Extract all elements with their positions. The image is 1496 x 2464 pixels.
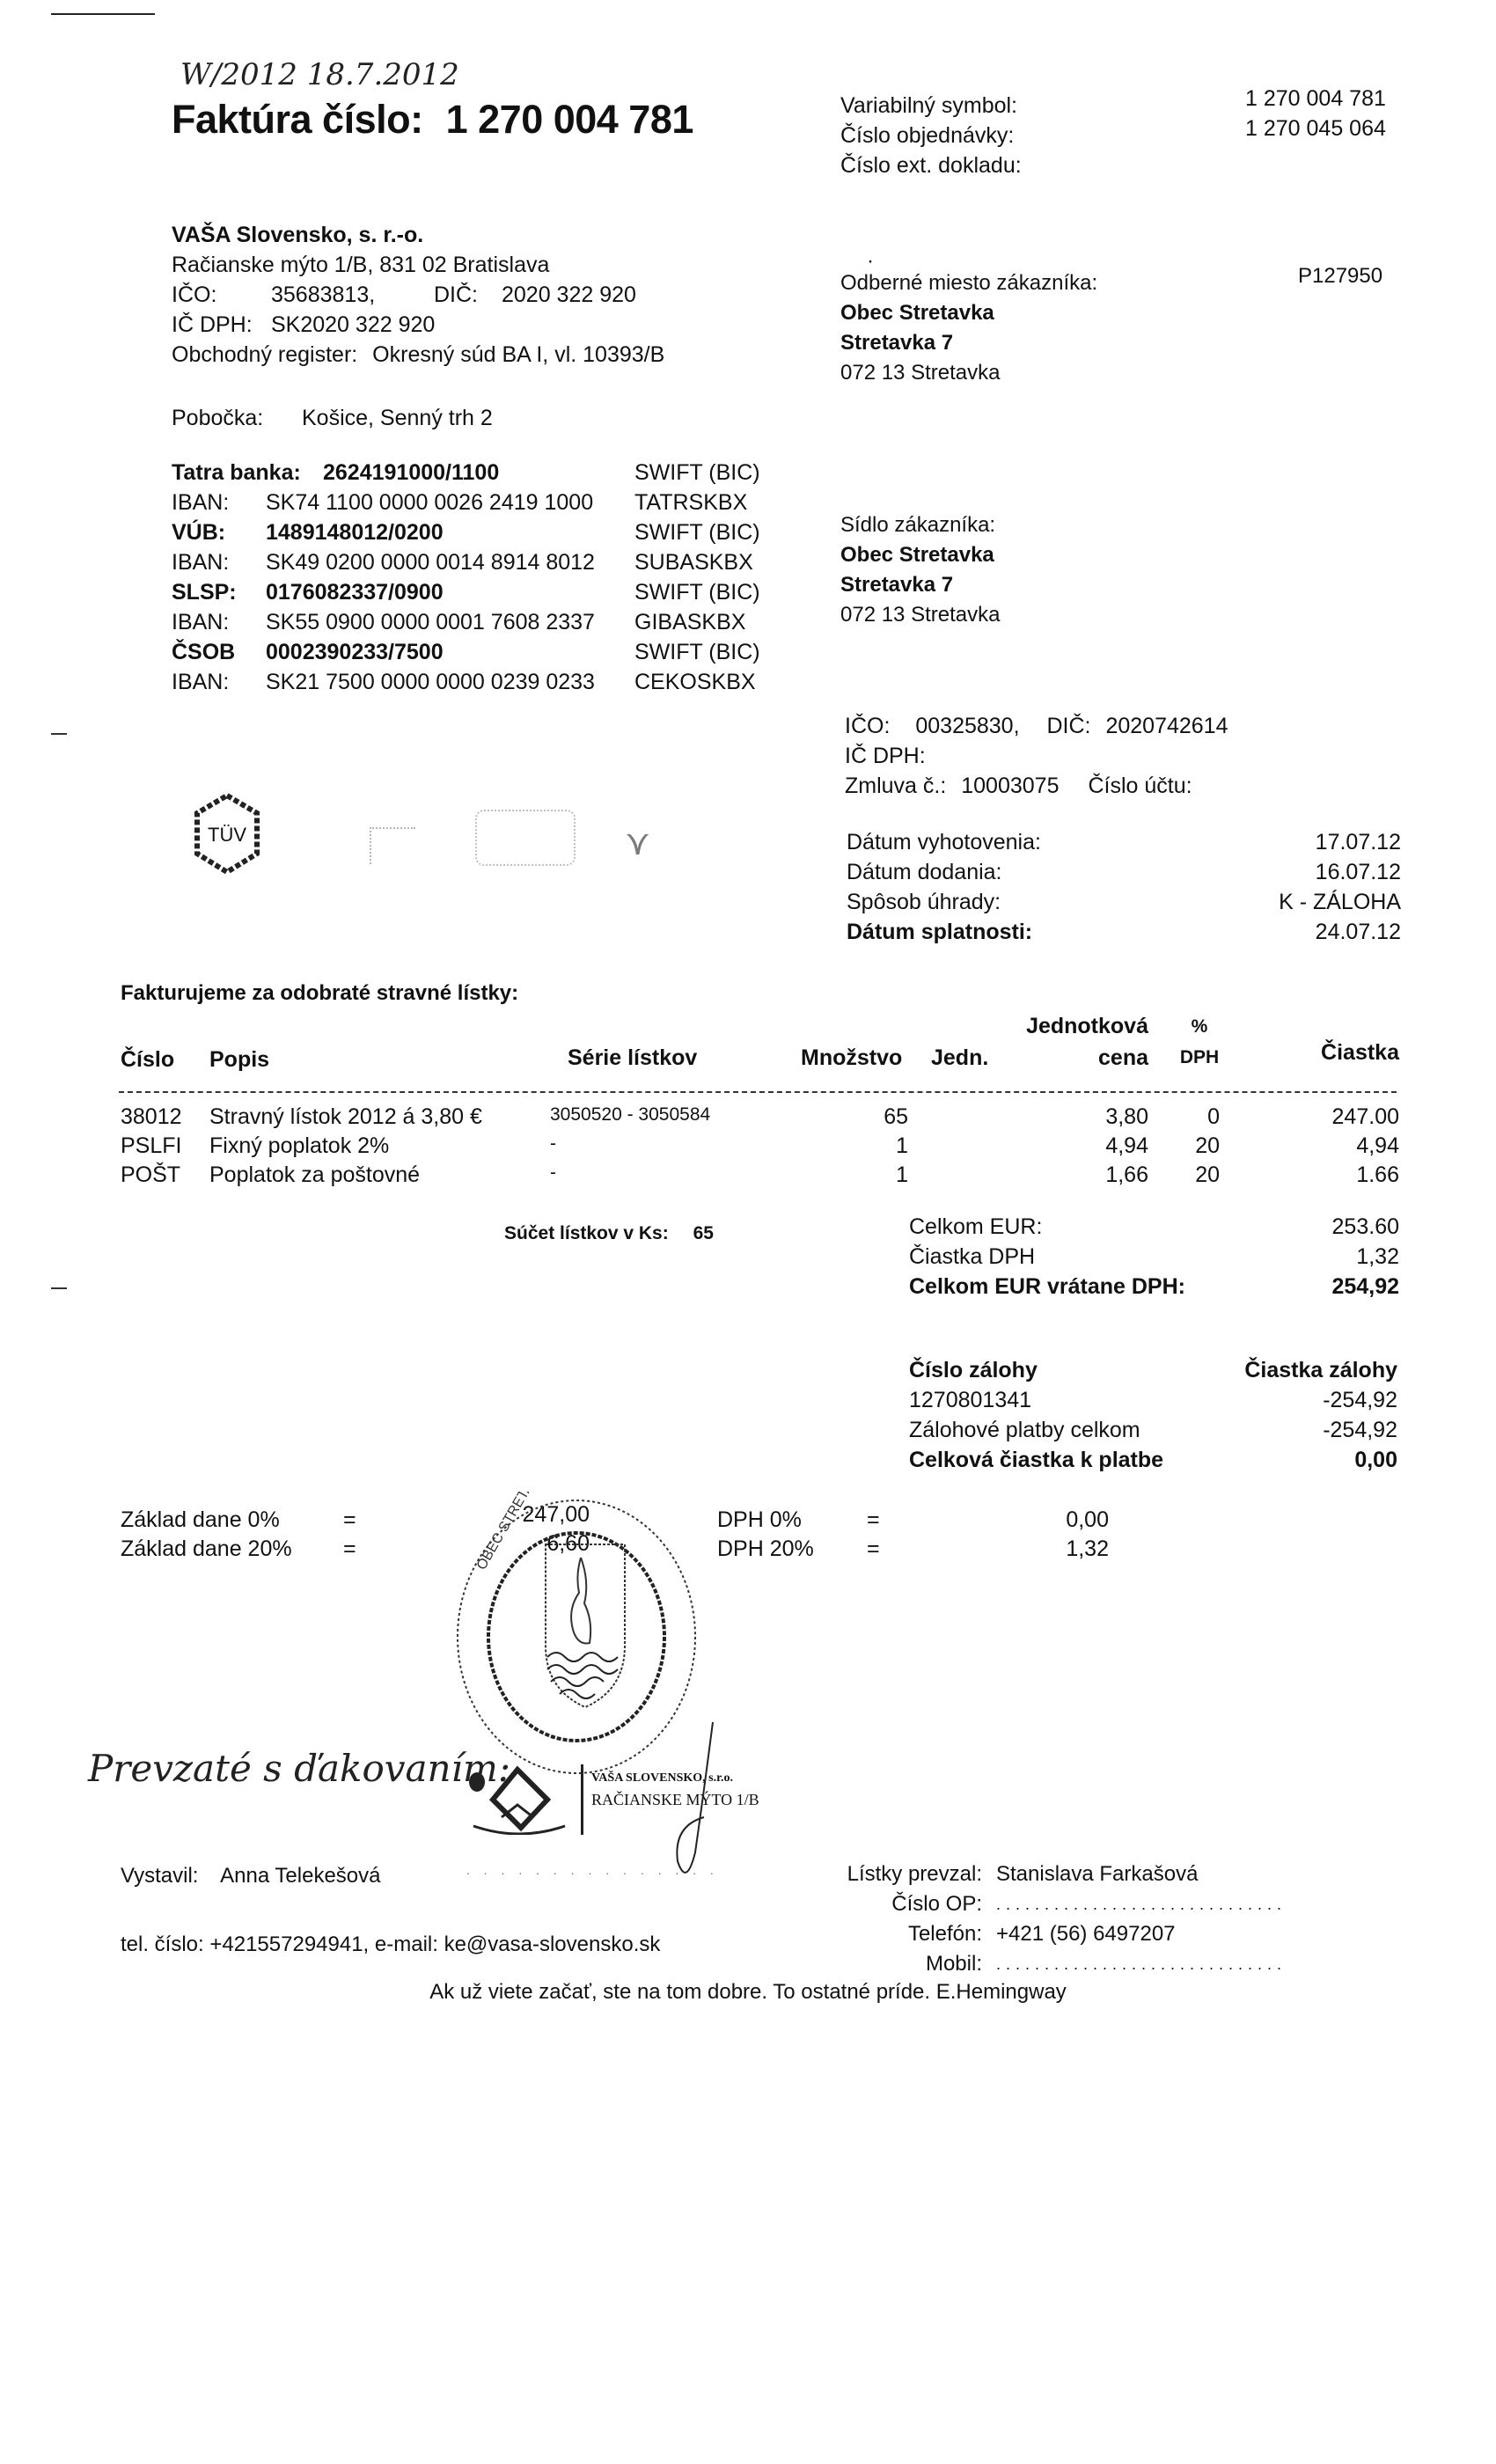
dates-block: Dátum vyhotovenia: 17.07.12 Dátum dodani… — [847, 827, 1401, 947]
supplier-register-label: Obchodný register: — [172, 342, 357, 367]
swift-label: SWIFT (BIC) — [634, 637, 760, 667]
item-unit-price: 4,94 — [1021, 1133, 1148, 1159]
col-mnozstvo: Množstvo — [801, 1045, 902, 1071]
item-description: Poplatok za poštovné — [209, 1162, 420, 1188]
item-description: Stravný lístok 2012 á 3,80 € — [209, 1104, 482, 1130]
delivery-street: Stretavka 7 — [840, 328, 1395, 358]
amount-due: 0,00 — [1354, 1445, 1397, 1475]
items-heading: Fakturujeme za odobraté stravné lístky: — [121, 981, 518, 1006]
iban-row: IBAN: SK49 0200 0000 0014 8914 8012 SUBA… — [172, 547, 805, 577]
delivery-label: Odberné miesto zákazníka: — [840, 271, 1097, 295]
delivery-city: 072 13 Stretavka — [840, 358, 1395, 388]
meta-label: Číslo ext. dokladu: — [840, 153, 1022, 178]
swift-code: CEKOSKBX — [634, 667, 756, 697]
mobile-row: Mobil: .............................. — [792, 1949, 1408, 1979]
customer-dic-label: DIČ: — [1047, 714, 1091, 738]
received-by-name: Stanislava Farkašová — [996, 1859, 1198, 1889]
issued-by-name: Anna Telekešová — [220, 1864, 380, 1888]
iban-row: IBAN: SK55 0900 0000 0001 7608 2337 GIBA… — [172, 607, 805, 637]
swift-label: SWIFT (BIC) — [634, 517, 760, 547]
supplier-register: Obchodný register: Okresný súd BA I, vl.… — [172, 340, 788, 370]
footer-quote: Ak už viete začať, ste na tom dobre. To … — [0, 1980, 1496, 2005]
date-row: Dátum vyhotovenia: 17.07.12 — [847, 827, 1401, 857]
bank-account: 2624191000/1100 — [323, 458, 499, 488]
col-vat-1: % — [1177, 1016, 1221, 1038]
iban-value: SK55 0900 0000 0001 7608 2337 — [266, 607, 595, 637]
scan-mark — [51, 733, 67, 735]
iban-value: SK74 1100 0000 0026 2419 1000 — [266, 488, 593, 517]
amount-due-row: Celková čiastka k platbe 0,00 — [909, 1445, 1397, 1475]
meta-label: Číslo objednávky: — [840, 123, 1014, 148]
iban-row: IBAN: SK21 7500 0000 0000 0239 0233 CEKO… — [172, 667, 805, 697]
supplier-ico: 35683813, — [271, 280, 375, 310]
item-unit-price: 1,66 — [1021, 1162, 1148, 1188]
col-ciastka: Čiastka — [1223, 1040, 1399, 1066]
scan-mark-line — [51, 13, 155, 15]
customer-ids: IČO: 00325830, DIČ: 2020742614 IČ DPH: Z… — [845, 711, 1228, 801]
item-quantity: 1 — [827, 1133, 908, 1159]
advance-amount-label: Čiastka zálohy — [1244, 1355, 1397, 1385]
iban-label: IBAN: — [172, 610, 229, 634]
invoice-title-label: Faktúra číslo: — [172, 97, 423, 142]
id-card-value: .............................. — [996, 1889, 1287, 1919]
meta-order-number: Číslo objednávky: 1 270 045 064 — [840, 121, 1386, 150]
supplier-icdph: IČ DPH: SK2020 322 920 — [172, 310, 788, 340]
swift-code: SUBASKBX — [634, 547, 753, 577]
date-row: Spôsob úhrady: K - ZÁLOHA — [847, 887, 1401, 917]
col-unit-price-2: cena — [959, 1045, 1148, 1071]
bank-row: SLSP: 0176082337/0900 SWIFT (BIC) — [172, 577, 805, 607]
bank-row: Tatra banka: 2624191000/1100 SWIFT (BIC) — [172, 458, 805, 488]
seat-street: Stretavka 7 — [840, 570, 1000, 600]
customer-ico-label: IČO: — [845, 714, 890, 738]
delivery-label-row: Odberné miesto zákazníka: P127950 — [840, 268, 1395, 298]
delivery-code: P127950 — [1298, 261, 1382, 291]
item-quantity: 1 — [827, 1162, 908, 1188]
bank-row: ČSOB 0002390233/7500 SWIFT (BIC) — [172, 637, 805, 667]
customer-ico: 00325830, — [915, 714, 1019, 738]
faded-logo-icon — [370, 827, 415, 864]
vat-value: 1,32 — [1012, 1536, 1109, 1562]
phone-value: +421 (56) 6497207 — [996, 1919, 1176, 1949]
iban-label: IBAN: — [172, 490, 229, 515]
handwritten-received-note: Prevzaté s ďakovaním: — [88, 1747, 510, 1790]
mobile-value: .............................. — [996, 1949, 1287, 1979]
swift-code: TATRSKBX — [634, 488, 747, 517]
advance-total-label: Zálohové platby celkom — [909, 1418, 1140, 1442]
total-label: Celkom EUR: — [909, 1214, 1042, 1239]
supplier-block: VAŠA Slovensko, s. r.-o. Račianske mýto … — [172, 220, 788, 433]
amount-due-label: Celková čiastka k platbe — [909, 1448, 1163, 1472]
meta-ext-document: Číslo ext. dokladu: — [840, 150, 1386, 180]
bank-account: 0002390233/7500 — [266, 637, 444, 667]
date-row: Dátum splatnosti: 24.07.12 — [847, 917, 1401, 947]
supplier-name: VAŠA Slovensko, s. r.-o. — [172, 220, 788, 250]
item-code: PSLFI — [121, 1133, 181, 1159]
item-amount: 4,94 — [1223, 1133, 1399, 1159]
customer-contract: Zmluva č.: 10003075 Číslo účtu: — [845, 771, 1228, 801]
advances-block: Číslo zálohy Čiastka zálohy 1270801341 -… — [909, 1355, 1397, 1475]
phone-label: Telefón: — [792, 1919, 982, 1949]
bank-name: SLSP: — [172, 580, 237, 605]
item-vat: 20 — [1162, 1133, 1220, 1159]
date-value: 16.07.12 — [1316, 857, 1401, 887]
signature-icon — [669, 1720, 730, 1896]
total-value: 1,32 — [1356, 1244, 1399, 1270]
supplier-dic: 2020 322 920 — [502, 280, 636, 310]
seat-name: Obec Stretavka — [840, 540, 1000, 570]
bank-name: ČSOB — [172, 640, 235, 664]
supplier-branch-label: Pobočka: — [172, 406, 263, 430]
item-vat: 20 — [1162, 1162, 1220, 1188]
advance-total-row: Zálohové platby celkom -254,92 — [909, 1415, 1397, 1445]
item-vat: 0 — [1162, 1104, 1220, 1130]
id-card-row: Číslo OP: .............................. — [792, 1889, 1408, 1919]
total-value: 253.60 — [1332, 1214, 1399, 1240]
received-by-label: Lístky prevzal: — [792, 1859, 982, 1889]
equals-sign: = — [867, 1507, 880, 1533]
company-stamp: VAŠA SLOVENSKO, s.r.o. RAČIANSKE MÝTO 1/… — [466, 1764, 572, 1841]
supplier-address: Račianske mýto 1/B, 831 02 Bratislava — [172, 250, 788, 280]
seat-city: 072 13 Stretavka — [840, 600, 1000, 630]
advance-number-label: Číslo zálohy — [909, 1358, 1038, 1382]
svg-text:OBEC STRETAVKA: OBEC STRETAVKA — [474, 1492, 550, 1573]
faded-bird-logo-icon: ⋎ — [625, 823, 650, 863]
ticket-sum: Súčet lístkov v Ks: 65 — [504, 1223, 714, 1244]
total-row: Čiastka DPH 1,32 — [909, 1244, 1399, 1270]
supplier-ico-label: IČO: — [172, 282, 216, 307]
received-by-row: Lístky prevzal: Stanislava Farkašová — [792, 1859, 1408, 1889]
stamp-divider — [581, 1764, 583, 1835]
mobile-label: Mobil: — [792, 1949, 982, 1979]
total-row: Celkom EUR: 253.60 — [909, 1214, 1399, 1240]
page-title: Faktúra číslo: 1 270 004 781 — [172, 97, 693, 143]
customer-seat: Sídlo zákazníka: Obec Stretavka Stretavk… — [840, 510, 1000, 630]
customer-dic: 2020742614 — [1105, 714, 1228, 738]
bank-account: 0176082337/0900 — [266, 577, 444, 607]
date-row: Dátum dodania: 16.07.12 — [847, 857, 1401, 887]
total-row: Celkom EUR vrátane DPH: 254,92 — [909, 1274, 1399, 1300]
supplier-icdph-label: IČ DPH: — [172, 312, 253, 337]
issued-by-label: Vystavil: — [121, 1864, 198, 1888]
vat-label: DPH 0% — [717, 1507, 802, 1533]
bank-account: 1489148012/0200 — [266, 517, 444, 547]
equals-sign: = — [343, 1536, 356, 1562]
contact-line: tel. číslo: +421557294941, e-mail: ke@va… — [121, 1932, 660, 1957]
ticket-sum-value: 65 — [693, 1223, 714, 1243]
supplier-register-value: Okresný súd BA I, vl. 10393/B — [372, 342, 664, 367]
date-label: Dátum dodania: — [847, 860, 1002, 884]
bank-name: Tatra banka: — [172, 460, 301, 485]
iban-value: SK49 0200 0000 0014 8914 8012 — [266, 547, 595, 577]
delivery-name: Obec Stretavka — [840, 298, 1395, 328]
vat-label: DPH 20% — [717, 1536, 814, 1562]
advance-amount: -254,92 — [1323, 1385, 1397, 1415]
item-unit-price: 3,80 — [1021, 1104, 1148, 1130]
item-series: - — [550, 1133, 556, 1155]
col-unit-price-1: Jednotková — [959, 1014, 1148, 1039]
col-cislo: Číslo — [121, 1047, 174, 1073]
item-code: 38012 — [121, 1104, 182, 1130]
iban-value: SK21 7500 0000 0000 0239 0233 — [266, 667, 595, 697]
item-code: POŠT — [121, 1162, 180, 1188]
item-series: - — [550, 1162, 556, 1184]
supplier-ico-dic: IČO: 35683813, DIČ: 2020 322 920 — [172, 280, 788, 310]
customer-icdph: IČ DPH: — [845, 741, 1228, 771]
meta-label: Variabilný symbol: — [840, 93, 1017, 118]
date-value: 17.07.12 — [1316, 827, 1401, 857]
total-label: Celkom EUR vrátane DPH: — [909, 1274, 1185, 1299]
vat-value: 0,00 — [1012, 1507, 1109, 1533]
iban-label: IBAN: — [172, 550, 229, 575]
meta-value: 1 270 045 064 — [1245, 114, 1386, 143]
item-description: Fixný poplatok 2% — [209, 1133, 389, 1159]
invoice-number: 1 270 004 781 — [446, 97, 693, 142]
id-card-label: Číslo OP: — [792, 1889, 982, 1919]
swift-code: GIBASKBX — [634, 607, 745, 637]
col-vat-2: DPH — [1175, 1047, 1224, 1068]
bank-accounts: Tatra banka: 2624191000/1100 SWIFT (BIC)… — [172, 458, 805, 697]
ticket-sum-label: Súčet lístkov v Ks: — [504, 1223, 669, 1243]
customer-delivery-point: · Odberné miesto zákazníka: P127950 Obec… — [840, 260, 1395, 388]
equals-sign: = — [867, 1536, 880, 1562]
vasa-logo-icon — [466, 1764, 572, 1835]
contract-label: Zmluva č.: — [845, 774, 946, 798]
issued-by: Vystavil: Anna Telekešová — [121, 1864, 381, 1888]
meta-value: 1 270 004 781 — [1245, 84, 1386, 114]
swift-label: SWIFT (BIC) — [634, 577, 760, 607]
supplier-icdph-value: SK2020 322 920 — [271, 310, 435, 340]
advance-number: 1270801341 — [909, 1388, 1031, 1412]
bank-row: VÚB: 1489148012/0200 SWIFT (BIC) — [172, 517, 805, 547]
svg-text:TÜV: TÜV — [208, 824, 246, 846]
seat-label: Sídlo zákazníka: — [840, 510, 1000, 540]
swift-label: SWIFT (BIC) — [634, 458, 760, 488]
supplier-dic-label: DIČ: — [434, 280, 478, 310]
date-label: Dátum vyhotovenia: — [847, 830, 1041, 854]
account-label: Číslo účtu: — [1088, 774, 1192, 798]
iban-label: IBAN: — [172, 670, 229, 694]
invoice-meta: Variabilný symbol: 1 270 004 781 Číslo o… — [840, 91, 1386, 180]
supplier-branch: Pobočka: Košice, Senný trh 2 — [172, 403, 788, 433]
item-series: 3050520 - 3050584 — [550, 1104, 710, 1126]
tuv-logo-icon: TÜV — [192, 792, 262, 876]
tax-base-label: Základ dane 20% — [121, 1536, 292, 1562]
total-label: Čiastka DPH — [909, 1244, 1035, 1269]
total-value: 254,92 — [1332, 1274, 1399, 1300]
phone-row: Telefón: +421 (56) 6497207 — [792, 1919, 1408, 1949]
item-quantity: 65 — [827, 1104, 908, 1130]
date-value: K - ZÁLOHA — [1279, 887, 1401, 917]
tax-base-label: Základ dane 0% — [121, 1507, 280, 1533]
item-amount: 247.00 — [1223, 1104, 1399, 1130]
date-label: Spôsob úhrady: — [847, 890, 1001, 914]
bank-name: VÚB: — [172, 520, 225, 545]
col-popis: Popis — [209, 1047, 269, 1073]
contract-number: 10003075 — [961, 774, 1059, 798]
supplier-branch-value: Košice, Senný trh 2 — [302, 403, 493, 433]
header-divider — [119, 1091, 1397, 1093]
customer-icdph-label: IČ DPH: — [845, 744, 926, 768]
scan-mark — [51, 1287, 67, 1289]
advance-total: -254,92 — [1323, 1415, 1397, 1445]
iban-row: IBAN: SK74 1100 0000 0026 2419 1000 TATR… — [172, 488, 805, 517]
col-serie: Série lístkov — [568, 1045, 697, 1071]
customer-ico-dic: IČO: 00325830, DIČ: 2020742614 — [845, 711, 1228, 741]
date-value: 24.07.12 — [1316, 917, 1401, 947]
receiver-block: Lístky prevzal: Stanislava Farkašová Čís… — [792, 1859, 1408, 1979]
advance-row: 1270801341 -254,92 — [909, 1385, 1397, 1415]
date-label: Dátum splatnosti: — [847, 920, 1032, 944]
faded-logo-icon — [475, 810, 576, 866]
municipal-stamp-icon: OBEC STRETAVKA — [449, 1492, 704, 1782]
item-amount: 1.66 — [1223, 1162, 1399, 1188]
handwritten-note: W/2012 18.7.2012 — [180, 57, 459, 92]
equals-sign: = — [343, 1507, 356, 1533]
advances-header: Číslo zálohy Čiastka zálohy — [909, 1355, 1397, 1385]
